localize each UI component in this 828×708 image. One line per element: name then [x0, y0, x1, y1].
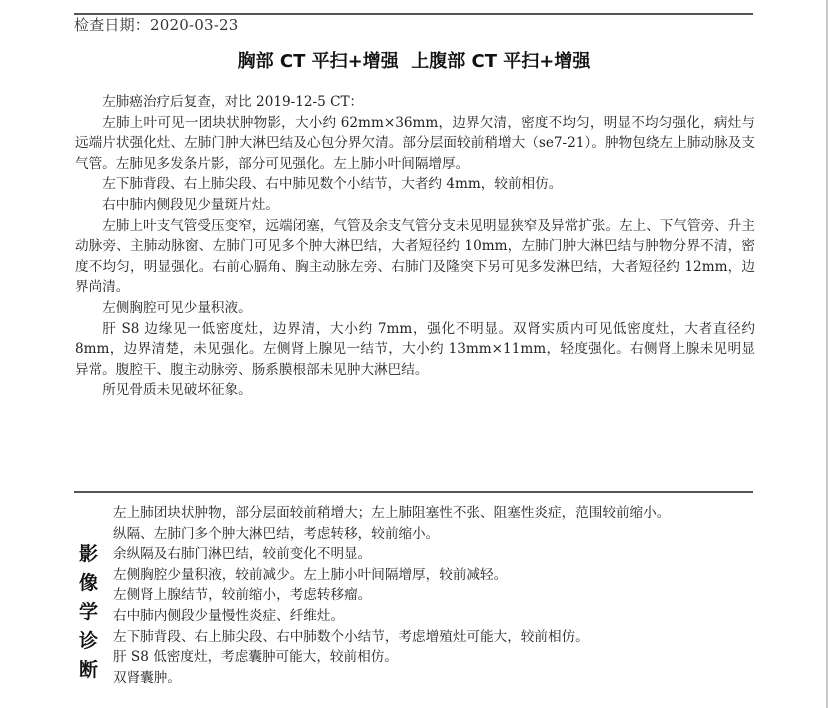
diagnosis-divider	[74, 491, 753, 493]
findings-paragraph: 右中肺内侧段见少量斑片灶。	[75, 195, 755, 216]
findings-paragraph: 所见骨质未见破坏征象。	[75, 380, 755, 401]
diagnosis-label: 影 像 学 诊 断	[79, 540, 103, 685]
diagnosis-line: 左上肺团块状肿物，部分层面较前稍增大；左上肺阻塞性不张、阻塞性炎症，范围较前缩小…	[113, 503, 763, 524]
findings-paragraph: 左肺上叶支气管受压变窄，远端闭塞，气管及余支气管分支未见明显狭窄及异常扩张。左上…	[75, 216, 755, 298]
findings-paragraph: 左肺癌治疗后复查，对比 2019-12-5 CT：	[75, 92, 755, 113]
diagnosis-line: 左侧肾上腺结节，较前缩小，考虑转移瘤。	[113, 585, 763, 606]
diagnosis-line: 双肾囊肿。	[113, 668, 763, 689]
exam-date: 检查日期：2020-03-23	[74, 14, 239, 35]
diagnosis-line: 左侧胸腔少量积液，较前减少。左上肺小叶间隔增厚，较前减轻。	[113, 565, 763, 586]
findings-paragraph: 肝 S8 边缘见一低密度灶，边界清，大小约 7mm，强化不明显。双肾实质内可见低…	[75, 319, 755, 381]
report-title: 胸部 CT 平扫+增强 上腹部 CT 平扫+增强	[0, 47, 828, 73]
diagnosis-label-char: 学	[79, 598, 103, 627]
diagnosis-line: 纵隔、左肺门多个肿大淋巴结，考虑转移，较前缩小。	[113, 524, 763, 545]
diagnosis-line: 左下肺背段、右上肺尖段、右中肺数个小结节，考虑增殖灶可能大，较前相仿。	[113, 627, 763, 648]
findings-paragraph: 左肺上叶可见一团块状肿物影，大小约 62mm×36mm，边界欠清，密度不均匀，明…	[75, 113, 755, 175]
findings-paragraph: 左下肺背段、右上肺尖段、右中肺见数个小结节，大者约 4mm，较前相仿。	[75, 174, 755, 195]
diagnosis-label-char: 像	[79, 569, 103, 598]
diagnosis-label-char: 断	[79, 656, 103, 685]
findings-paragraph: 左侧胸腔可见少量积液。	[75, 298, 755, 319]
diagnosis-line: 右中肺内侧段少量慢性炎症、纤维灶。	[113, 606, 763, 627]
diagnosis-label-char: 诊	[79, 627, 103, 656]
diagnosis-label-char: 影	[79, 540, 103, 569]
diagnosis-line: 余纵隔及右肺门淋巴结，较前变化不明显。	[113, 544, 763, 565]
findings-section: 左肺癌治疗后复查，对比 2019-12-5 CT： 左肺上叶可见一团块状肿物影，…	[75, 92, 755, 401]
diagnosis-section: 左上肺团块状肿物，部分层面较前稍增大；左上肺阻塞性不张、阻塞性炎症，范围较前缩小…	[113, 503, 763, 688]
diagnosis-line: 肝 S8 低密度灶，考虑囊肿可能大，较前相仿。	[113, 647, 763, 668]
